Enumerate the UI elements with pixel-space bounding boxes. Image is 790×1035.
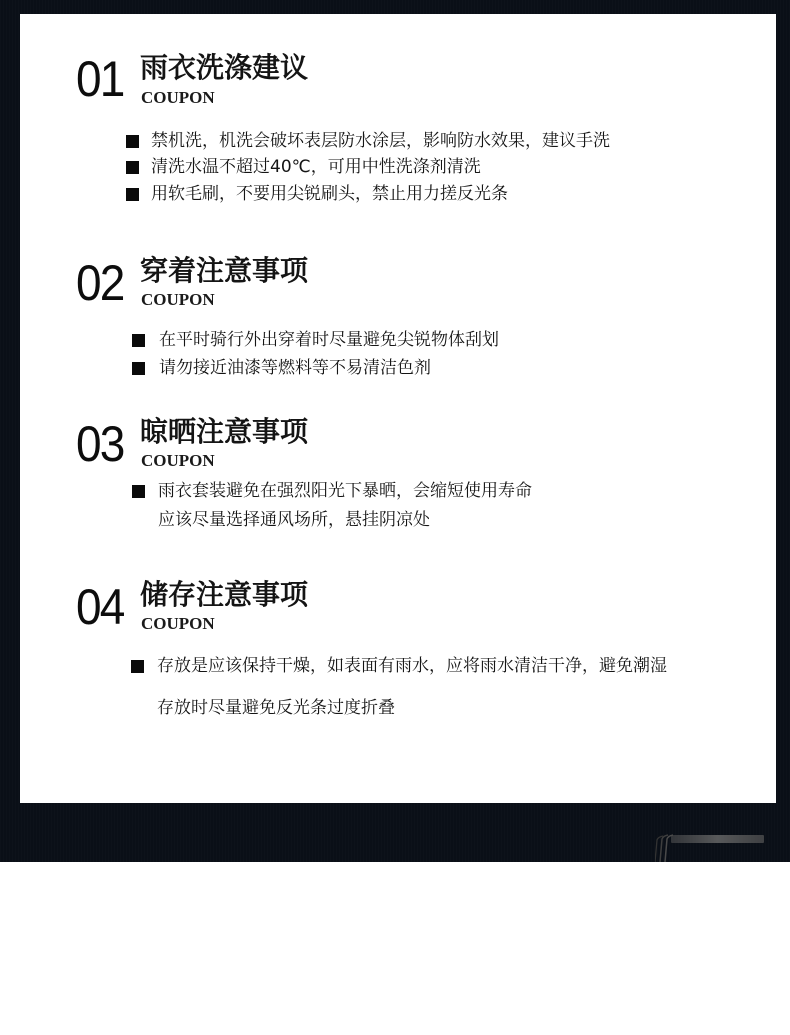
list-item: 禁机洗，机洗会破坏表层防水涂层，影响防水效果，建议手洗 bbox=[151, 131, 610, 151]
black-square-icon bbox=[126, 135, 139, 148]
section-number: 01 bbox=[76, 54, 123, 104]
black-square-icon bbox=[132, 362, 145, 375]
list-item: 应该尽量选择通风场所，悬挂阴凉处 bbox=[158, 510, 430, 530]
section-subtitle: COUPON bbox=[141, 89, 215, 106]
section-title: 穿着注意事项 bbox=[140, 256, 308, 286]
black-square-icon bbox=[132, 334, 145, 347]
section-number: 04 bbox=[76, 582, 123, 632]
list-item: 在平时骑行外出穿着时尽量避免尖锐物体刮划 bbox=[159, 330, 499, 350]
section-number: 02 bbox=[76, 258, 123, 308]
black-square-icon bbox=[126, 161, 139, 174]
list-item: 请勿接近油漆等燃料等不易清洁色剂 bbox=[159, 358, 431, 378]
care-instructions-panel: 01 雨衣洗涤建议 COUPON 禁机洗，机洗会破坏表层防水涂层，影响防水效果，… bbox=[20, 14, 776, 803]
black-square-icon bbox=[131, 660, 144, 673]
black-square-icon bbox=[126, 188, 139, 201]
section-title: 雨衣洗涤建议 bbox=[140, 53, 308, 83]
list-item: 雨衣套装避免在强烈阳光下暴晒，会缩短使用寿命 bbox=[158, 481, 532, 501]
list-item: 存放是应该保持干燥，如表面有雨水，应将雨水清洁干净，避免潮湿 bbox=[157, 656, 667, 676]
section-subtitle: COUPON bbox=[141, 291, 215, 308]
list-item: 用软毛刷，不要用尖锐刷头，禁止用力搓反光条 bbox=[151, 184, 508, 204]
section-subtitle: COUPON bbox=[141, 615, 215, 632]
reflective-stripe-icon bbox=[655, 833, 767, 862]
section-title: 晾晒注意事项 bbox=[140, 417, 308, 447]
list-item: 存放时尽量避免反光条过度折叠 bbox=[157, 698, 395, 718]
section-subtitle: COUPON bbox=[141, 452, 215, 469]
section-title: 储存注意事项 bbox=[140, 580, 308, 610]
section-number: 03 bbox=[76, 419, 123, 469]
black-square-icon bbox=[132, 485, 145, 498]
list-item: 清洗水温不超过40℃，可用中性洗涤剂清洗 bbox=[151, 157, 481, 177]
